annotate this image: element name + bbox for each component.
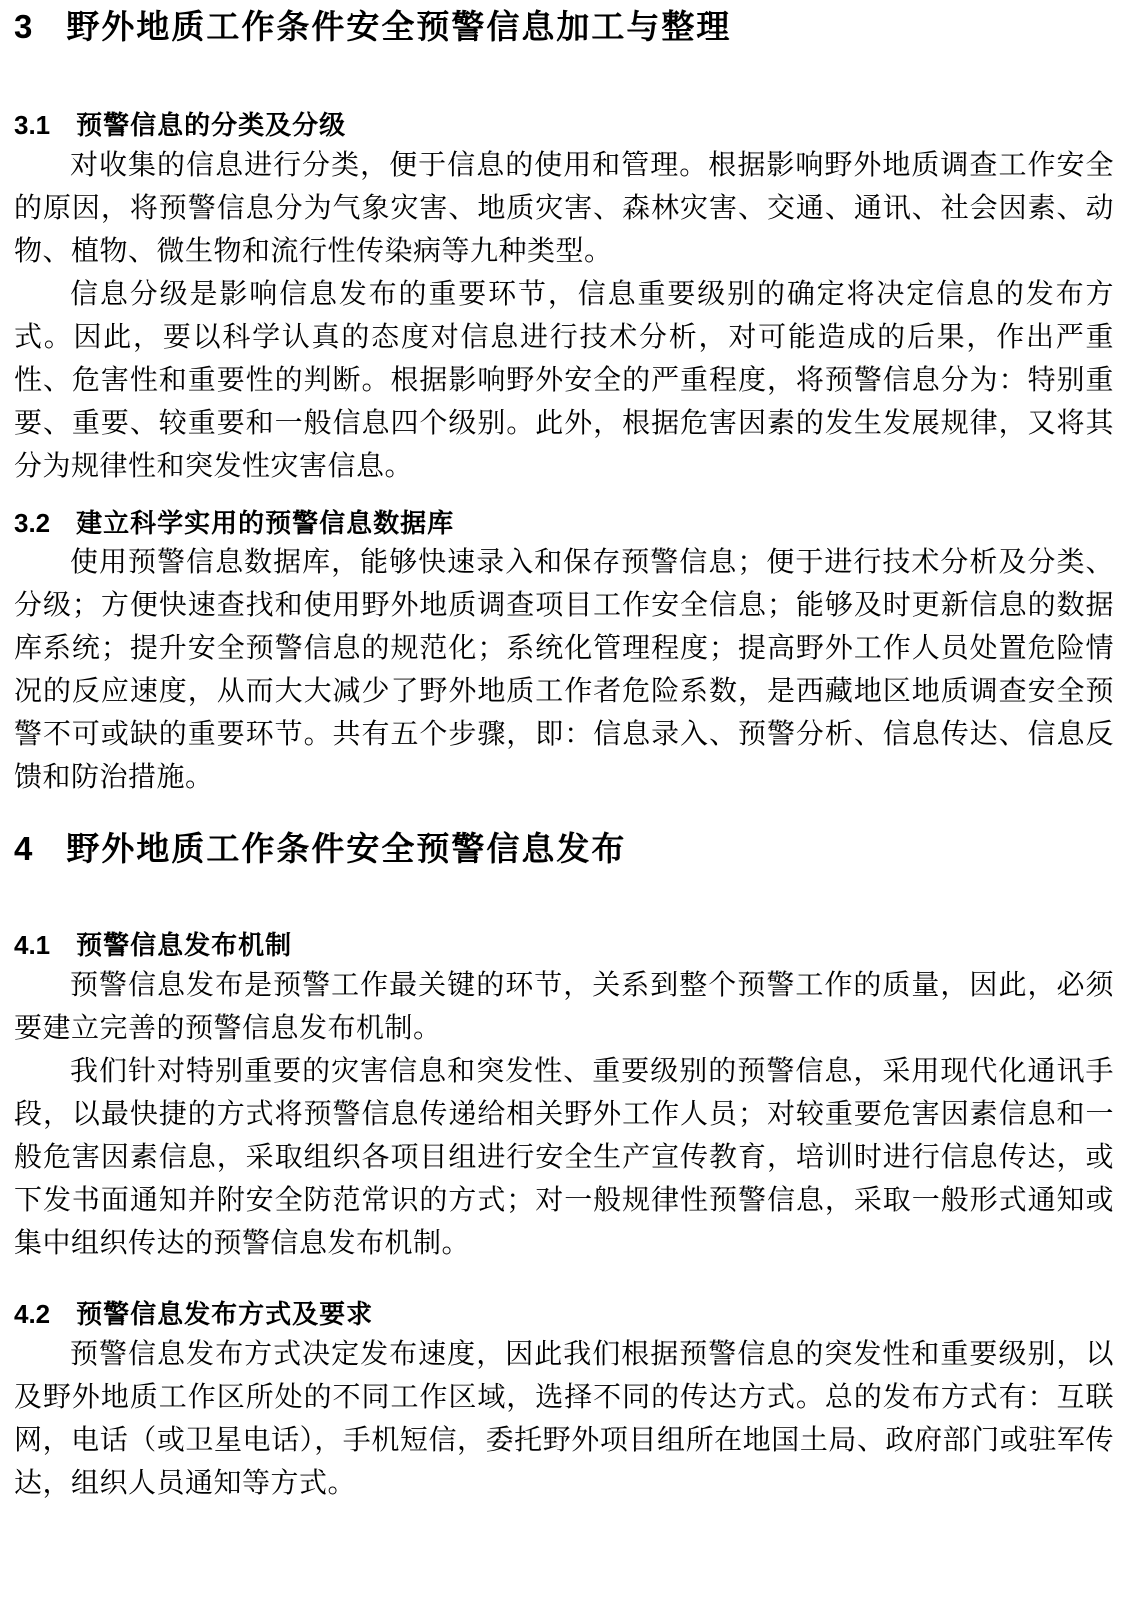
section-4-number: 4: [14, 828, 32, 871]
subsection-4-2-title: 预警信息发布方式及要求: [76, 1298, 373, 1332]
paragraph: 预警信息发布是预警工作最关键的环节，关系到整个预警工作的质量，因此，必须要建立完…: [14, 963, 1114, 1049]
subsection-3-1-heading: 3.1 预警信息的分类及分级: [14, 109, 1114, 143]
paragraph: 信息分级是影响信息发布的重要环节，信息重要级别的确定将决定信息的发布方式。因此，…: [14, 272, 1114, 487]
subsection-4-1-number: 4.1: [14, 929, 50, 963]
subsection-3-2-heading: 3.2 建立科学实用的预警信息数据库: [14, 507, 1114, 541]
section-3-title: 野外地质工作条件安全预警信息加工与整理: [66, 6, 731, 49]
subsection-3-1-title: 预警信息的分类及分级: [76, 109, 346, 143]
paragraph: 使用预警信息数据库，能够快速录入和保存预警信息；便于进行技术分析及分类、分级；方…: [14, 540, 1114, 798]
subsection-3-1-number: 3.1: [14, 109, 50, 143]
document-page: 3 野外地质工作条件安全预警信息加工与整理 3.1 预警信息的分类及分级 对收集…: [14, 6, 1114, 1504]
paragraph: 对收集的信息进行分类，便于信息的使用和管理。根据影响野外地质调查工作安全的原因，…: [14, 143, 1114, 272]
subsection-3-2-title: 建立科学实用的预警信息数据库: [76, 507, 454, 541]
subsection-4-2-heading: 4.2 预警信息发布方式及要求: [14, 1298, 1114, 1332]
subsection-3-2-number: 3.2: [14, 507, 50, 541]
section-4-heading: 4 野外地质工作条件安全预警信息发布: [14, 828, 1114, 871]
subsection-4-2-number: 4.2: [14, 1298, 50, 1332]
paragraph: 预警信息发布方式决定发布速度，因此我们根据预警信息的突发性和重要级别，以及野外地…: [14, 1332, 1114, 1504]
section-4-title: 野外地质工作条件安全预警信息发布: [66, 828, 626, 871]
section-3-heading: 3 野外地质工作条件安全预警信息加工与整理: [14, 6, 1114, 49]
paragraph: 我们针对特别重要的灾害信息和突发性、重要级别的预警信息，采用现代化通讯手段，以最…: [14, 1049, 1114, 1264]
subsection-4-1-title: 预警信息发布机制: [76, 929, 292, 963]
section-3-number: 3: [14, 6, 32, 49]
subsection-4-1-heading: 4.1 预警信息发布机制: [14, 929, 1114, 963]
